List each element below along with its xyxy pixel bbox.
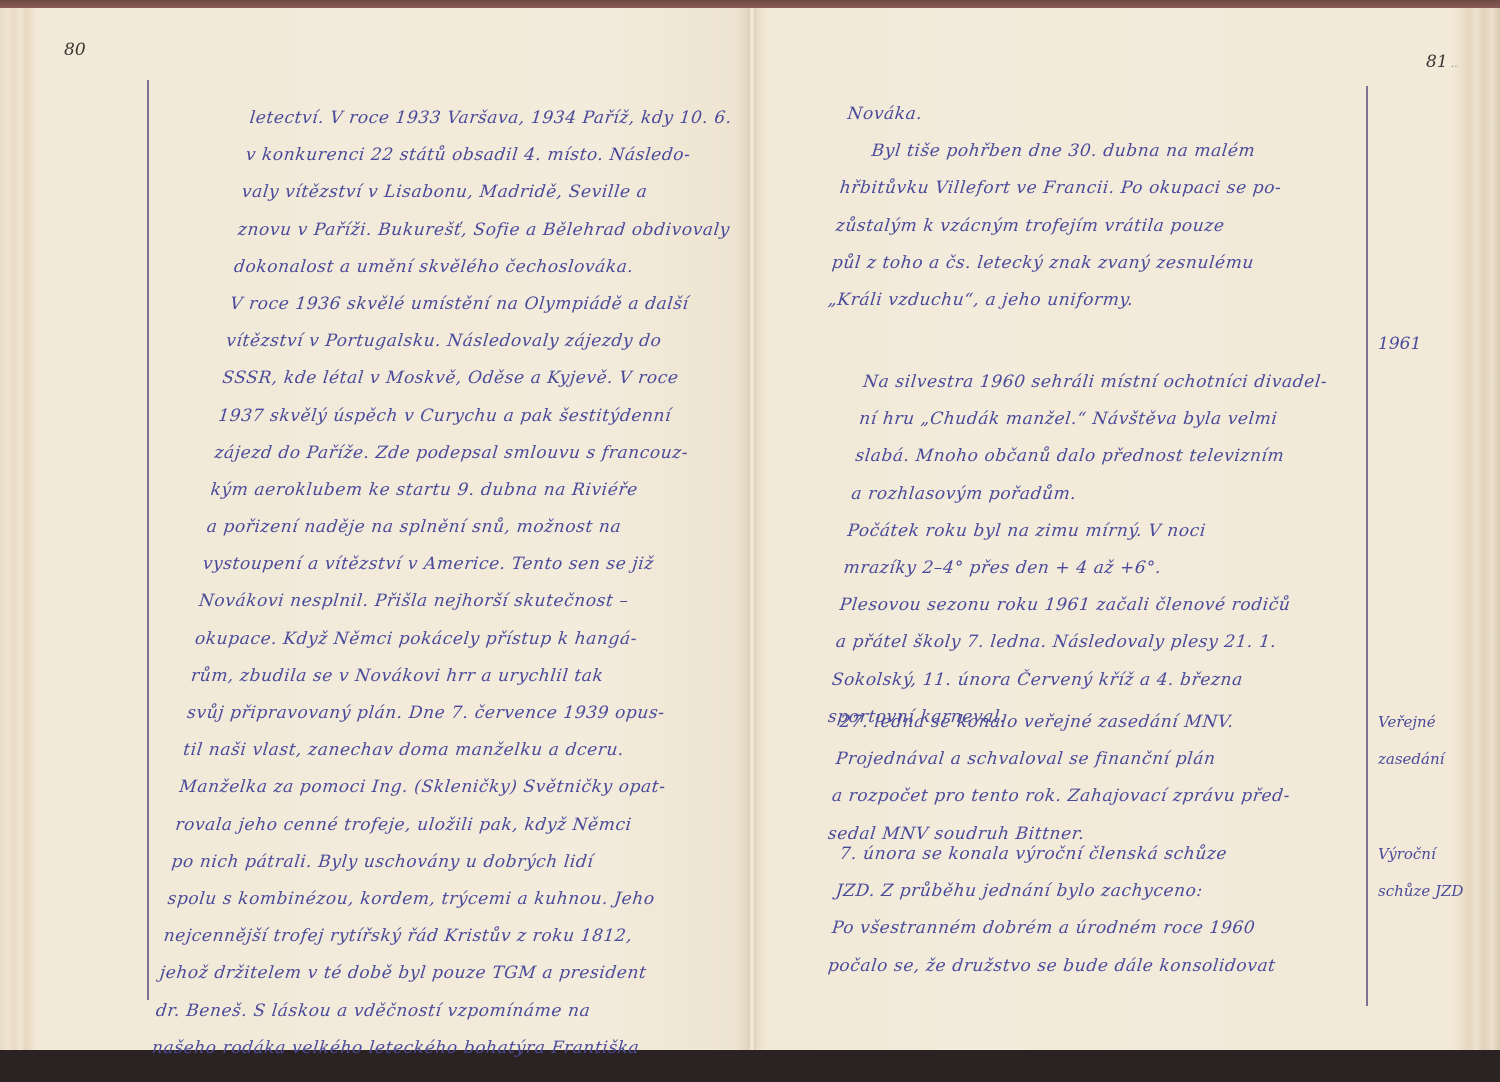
text-line: V roce 1936 skvělé umístění na Olympiádě… [228, 286, 822, 323]
text-line: 27. ledna se konalo veřejné zasedání MNV… [838, 704, 1390, 741]
text-line: vystoupení a vítězství v Americe. Tento … [201, 546, 795, 583]
text-line: jehož držitelem v té době byl pouze TGM … [158, 955, 752, 992]
left-margin-rule [147, 80, 149, 1000]
text-line: Počátek roku byl na zimu mírný. V noci [846, 513, 1398, 550]
text-line: dr. Beneš. S láskou a vděčností vzpomíná… [154, 993, 748, 1030]
text-line: Manželka za pomoci Ing. (Skleničky) Svět… [177, 769, 771, 806]
margin-note-annual-meeting: Výroční schůze JZD [1378, 836, 1463, 910]
text-line: Na silvestra 1960 sehráli místní ochotní… [861, 364, 1413, 401]
text-line: a rozpočet pro tento rok. Zahajovací zpr… [830, 778, 1382, 815]
text-line: Sokolský, 11. února Červený kříž a 4. bř… [830, 662, 1382, 699]
margin-note-line: zasedání [1378, 741, 1444, 778]
text-line: ní hru „Chudák manžel.“ Návštěva byla ve… [857, 401, 1409, 438]
text-line: svůj připravovaný plán. Dne 7. července … [185, 695, 779, 732]
text-line: Byl tiše pohřben dne 30. dubna na malém [842, 133, 1394, 170]
text-line: rům, zbudila se v Novákovi hrr a urychli… [189, 658, 783, 695]
text-line: letectví. V roce 1933 Varšava, 1934 Paří… [248, 100, 842, 137]
text-line: našeho rodáka velkého leteckého bohatýra… [150, 1030, 744, 1067]
text-line: a pořizení naděje na splnění snů, možnos… [205, 509, 799, 546]
right-paragraph-annual-meeting: 7. února se konala výroční členská schůz… [826, 836, 1390, 985]
text-line: hřbitůvku Villefort ve Francii. Po okupa… [838, 170, 1390, 207]
right-page-number: 81.. [1426, 52, 1458, 72]
text-line: Nováka. [846, 96, 1398, 133]
text-line: po nich pátrali. Byly uschovány u dobrýc… [170, 844, 764, 881]
text-line: a rozhlasovým pořadům. [849, 476, 1401, 513]
text-line: spolu s kombinézou, kordem, trýcemi a ku… [166, 881, 760, 918]
right-paragraph-burial: Nováka. Byl tiše pohřben dne 30. dubna n… [826, 96, 1397, 319]
text-line: kým aeroklubem ke startu 9. dubna na Riv… [209, 472, 803, 509]
text-line: Plesovou sezonu roku 1961 začali členové… [838, 587, 1390, 624]
right-page-number-value: 81 [1426, 52, 1448, 72]
text-line: půl z toho a čs. letecký znak zvaný zesn… [830, 245, 1382, 282]
margin-note-line: schůze JZD [1378, 873, 1463, 910]
text-line: slabá. Mnoho občanů dalo přednost televi… [853, 438, 1405, 475]
margin-note-year: 1961 [1378, 326, 1421, 363]
left-page-text: letectví. V roce 1933 Varšava, 1934 Paří… [150, 100, 842, 1067]
text-line: til naši vlast, zanechav doma manželku a… [181, 732, 775, 769]
text-line: zůstalým k vzácným trofejím vrátila pouz… [834, 208, 1386, 245]
text-line: vítězství v Portugalsku. Následovaly záj… [224, 323, 818, 360]
text-line: „Králi vzduchu“, a jeho uniformy. [826, 282, 1378, 319]
text-line: znovu v Paříži. Bukurešť, Sofie a Bělehr… [236, 212, 830, 249]
text-line: v konkurenci 22 států obsadil 4. místo. … [244, 137, 838, 174]
margin-note-line: Výroční [1378, 836, 1463, 873]
text-line: JZD. Z průběhu jednání bylo zachyceno: [834, 873, 1386, 910]
text-line: 1937 skvělý úspěch v Curychu a pak šesti… [216, 398, 810, 435]
text-line: a přátel školy 7. ledna. Následovaly ple… [834, 624, 1386, 661]
text-line: Po všestranném dobrém a úrodném roce 196… [830, 910, 1382, 947]
text-line: SSSR, kde létal v Moskvě, Oděse a Kyjevě… [220, 360, 814, 397]
text-line: počalo se, že družstvo se bude dále kons… [826, 948, 1378, 985]
text-line: zájezd do Paříže. Zde podepsal smlouvu s… [213, 435, 807, 472]
text-line: rovala jeho cenné trofeje, uložili pak, … [173, 807, 767, 844]
text-line: okupace. Když Němci pokácely přístup k h… [193, 621, 787, 658]
text-line: 7. února se konala výroční členská schůz… [838, 836, 1390, 873]
right-page-number-suffix: .. [1451, 57, 1458, 70]
text-line: valy vítězství v Lisabonu, Madridě, Sevi… [240, 174, 834, 211]
text-line: Projednával a schvaloval se finanční plá… [834, 741, 1386, 778]
right-paragraph-public-meeting: 27. ledna se konalo veřejné zasedání MNV… [826, 704, 1390, 853]
text-line: dokonalost a umění skvělého čechoslováka… [232, 249, 826, 286]
left-page-number: 80 [64, 40, 86, 60]
text-line: mrazíky 2–4° přes den + 4 až +6°. [842, 550, 1394, 587]
right-paragraph-1961: Na silvestra 1960 sehráli místní ochotní… [826, 364, 1413, 736]
text-line: Novákovi nesplnil. Přišla nejhorší skute… [197, 583, 791, 620]
text-line: nejcennější trofej rytířský řád Kristův … [162, 918, 756, 955]
